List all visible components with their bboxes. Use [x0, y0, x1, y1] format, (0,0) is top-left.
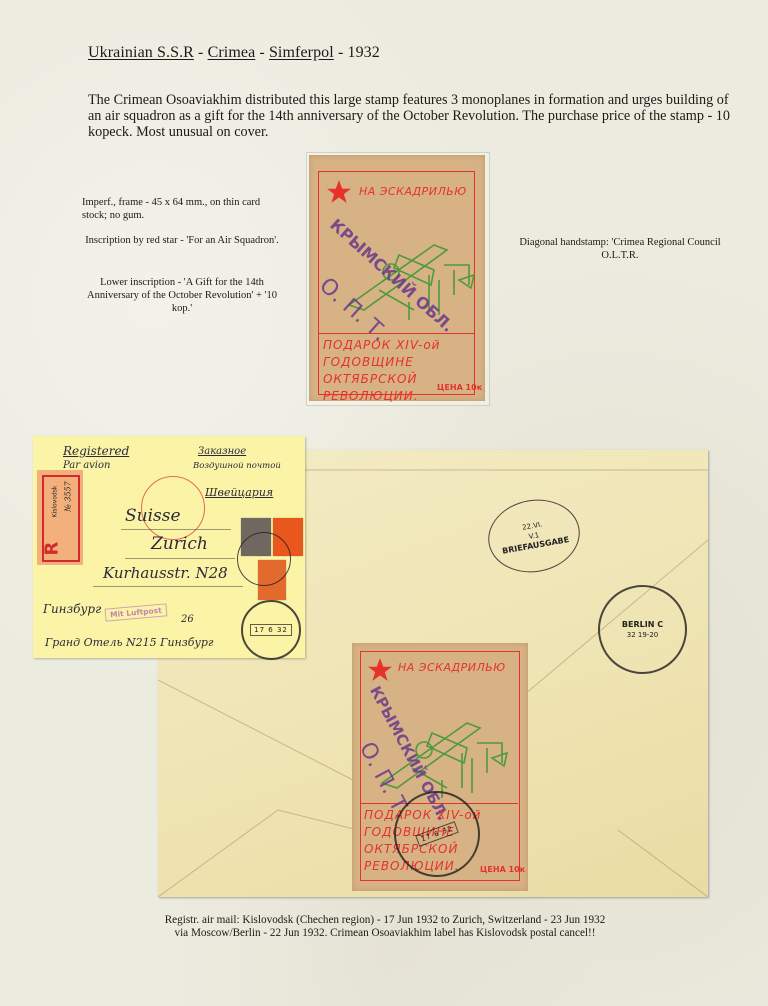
note-imperf: Imperf., frame - 45 x 64 mm., on thin ca…	[82, 196, 282, 222]
title-sep: -	[194, 44, 208, 61]
stamp-top-inscription: НА ЭСКАДРИЛЬЮ	[398, 661, 506, 674]
luftpost-handstamp: Mit Luftpost	[105, 603, 168, 621]
stamp-lower-inscription: ПОДАРОК XIV-ой ГОДОВЩИНЕ ОКТЯБРСКОЙ РЕВО…	[323, 337, 440, 405]
registration-label: Kislovodsk № 3557 R	[37, 470, 83, 565]
registration-number: № 3557	[64, 481, 73, 511]
ru-registered-note: Заказное	[198, 446, 246, 457]
kislovodsk-cancel: 17 6 32	[241, 600, 301, 660]
sender-name: Гинзбург	[43, 602, 101, 616]
ru-country: Швейцария	[205, 486, 273, 499]
berlin-cancel: BERLIN C 32 19-20	[598, 585, 687, 674]
sender-address: Гранд Отель N215 Гинзбург	[45, 636, 213, 649]
stamp-price: ЦЕНА 10к	[480, 865, 525, 874]
title-region: Ukrainian S.S.R	[88, 44, 194, 61]
kislovodsk-cancel-date: 17 6 32	[415, 821, 458, 847]
title-area: Crimea	[208, 44, 256, 61]
note-handstamp: Diagonal handstamp: 'Crimea Regional Cou…	[515, 236, 725, 262]
stamp-top-inscription: НА ЭСКАДРИЛЬЮ	[359, 185, 467, 198]
kislovodsk-cancel-date: 17 6 32	[250, 624, 292, 636]
sender-number: 26	[181, 614, 194, 625]
osoaviakhim-stamp: НА ЭСКАДРИЛЬЮ КРЫМСКИЙ ОБЛ. О. П. Т. ПОД…	[309, 155, 485, 401]
destination-country: Suisse	[125, 506, 181, 526]
front-of-cover: Registered Par avion Заказное Воздушной …	[33, 436, 305, 658]
address-line	[93, 586, 243, 587]
stamp-price: ЦЕНА 10к	[437, 383, 482, 392]
caption-line-2: via Moscow/Berlin - 22 Jun 1932. Crimean…	[90, 927, 680, 940]
stamp-mount: НА ЭСКАДРИЛЬЮ КРЫМСКИЙ ОБЛ. О. П. Т. ПОД…	[306, 152, 490, 406]
destination-city: Zurich	[151, 534, 208, 554]
berlin-cancel-town: BERLIN C	[622, 619, 663, 630]
stamp-divider	[318, 333, 475, 334]
osoaviakhim-stamp-on-cover: НА ЭСКАДРИЛЬЮ КРЫМСКИЙ ОБЛ. О. П. Т. ПОД…	[352, 643, 528, 891]
registered-note: Registered	[63, 444, 129, 458]
destination-street: Kurhausstr. N28	[103, 564, 228, 582]
intro-paragraph: The Crimean Osoaviakhim distributed this…	[88, 92, 738, 140]
title-city: Simferpol	[269, 44, 334, 61]
title-sep: -	[255, 44, 269, 61]
registration-letter: R	[41, 542, 62, 556]
address-line	[121, 529, 231, 530]
caption-line-1: Registr. air mail: Kislovodsk (Chechen r…	[90, 914, 680, 927]
red-star-icon	[366, 657, 394, 683]
registration-town: Kislovodsk	[51, 486, 58, 518]
ru-airmail-note: Воздушной почтой	[193, 461, 281, 471]
title-sep: -	[334, 44, 348, 61]
postmark-on-stamps	[237, 532, 291, 586]
note-lower-inscription: Lower inscription - 'A Gift for the 14th…	[82, 276, 282, 315]
note-inscription-star: Inscription by red star - 'For an Air Sq…	[82, 234, 282, 247]
address-line	[125, 558, 235, 559]
page-title: Ukrainian S.S.R - Crimea - Simferpol - 1…	[88, 44, 380, 62]
title-year: 1932	[347, 44, 379, 61]
caption: Registr. air mail: Kislovodsk (Chechen r…	[90, 914, 680, 940]
berlin-cancel-date: 32 19-20	[622, 630, 663, 641]
red-star-icon	[325, 179, 353, 205]
